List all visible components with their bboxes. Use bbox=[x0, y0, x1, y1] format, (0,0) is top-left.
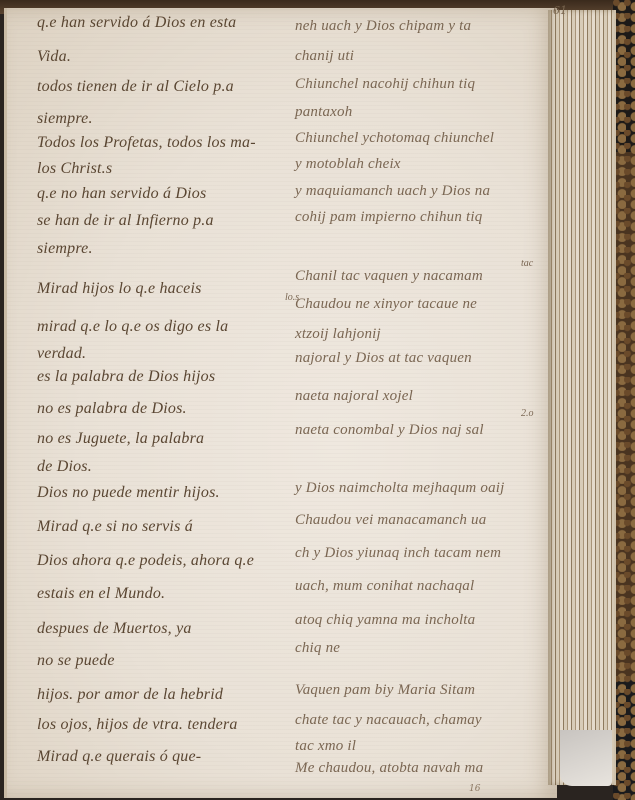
spanish-line: los ojos, hijos de vtra. tendera bbox=[37, 716, 238, 734]
spanish-line: Dios no puede mentir hijos. bbox=[37, 484, 220, 502]
maya-line: najoral y Dios at tac vaquen bbox=[295, 350, 472, 367]
page-corner-fold bbox=[560, 730, 612, 786]
spanish-line: no se puede bbox=[37, 652, 115, 670]
maya-line: Chaudou ne xinyor tacaue ne bbox=[295, 296, 477, 313]
spanish-line: verdad. bbox=[37, 345, 86, 363]
maya-line: tac xmo il bbox=[295, 738, 356, 755]
stacked-page-edges bbox=[548, 10, 616, 785]
folio-number: 61 bbox=[553, 4, 567, 17]
maya-line: chate tac y nacauach, chamay bbox=[295, 712, 482, 729]
maya-line: atoq chiq yamna ma incholta bbox=[295, 612, 475, 629]
spanish-line: los Christ.s bbox=[37, 160, 112, 178]
maya-line: y maquiamanch uach y Dios na bbox=[295, 183, 490, 200]
spanish-line: de Dios. bbox=[37, 458, 92, 476]
spanish-line: estais en el Mundo. bbox=[37, 585, 165, 603]
spanish-line: q.e no han servido á Dios bbox=[37, 185, 206, 203]
spanish-line: no es palabra de Dios. bbox=[37, 400, 187, 418]
interlinear-note: 2.o bbox=[521, 408, 534, 419]
maya-line: Me chaudou, atobta navah ma bbox=[295, 760, 483, 777]
maya-line: uach, mum conihat nachaqal bbox=[295, 578, 474, 595]
spanish-line: despues de Muertos, ya bbox=[37, 620, 192, 638]
spanish-line: siempre. bbox=[37, 240, 93, 258]
maya-line: Chiunchel nacohij chihun tiq bbox=[295, 76, 475, 93]
maya-line: y motoblah cheix bbox=[295, 156, 401, 173]
maya-line: Vaquen pam biy Maria Sitam bbox=[295, 682, 475, 699]
spanish-line: Mirad q.e querais ó que- bbox=[37, 748, 201, 766]
spanish-line: es la palabra de Dios hijos bbox=[37, 368, 215, 386]
maya-line: xtzoij lahjonij bbox=[295, 326, 381, 343]
maya-line: y Dios naimcholta mejhaqum oaij bbox=[295, 480, 505, 497]
maya-line: chiq ne bbox=[295, 640, 340, 657]
spanish-line: no es Juguete, la palabra bbox=[37, 430, 204, 448]
maya-line: neh uach y Dios chipam y ta bbox=[295, 18, 471, 35]
maya-line: cohij pam impierno chihun tiq bbox=[295, 209, 482, 226]
interlinear-note: tac bbox=[521, 258, 533, 269]
maya-line: naeta najoral xojel bbox=[295, 388, 413, 405]
spanish-line: Mirad q.e si no servis á bbox=[37, 518, 193, 536]
spanish-line: se han de ir al Infierno p.a bbox=[37, 212, 214, 230]
spanish-line: Vida. bbox=[37, 48, 71, 66]
book-cover-marbled-edge bbox=[613, 0, 635, 800]
maya-line: Chanil tac vaquen y nacamam bbox=[295, 268, 483, 285]
maya-line: pantaxoh bbox=[295, 104, 352, 121]
maya-line: chanij uti bbox=[295, 48, 354, 65]
spanish-line: siempre. bbox=[37, 110, 93, 128]
spanish-line: hijos. por amor de la hebrid bbox=[37, 686, 223, 704]
maya-line: naeta conombal y Dios naj sal bbox=[295, 422, 484, 439]
spanish-line: mirad q.e lo q.e os digo es la bbox=[37, 318, 228, 336]
spanish-line: Dios ahora q.e podeis, ahora q.e bbox=[37, 552, 254, 570]
spanish-line: Todos los Profetas, todos los ma- bbox=[37, 134, 256, 152]
maya-line: Chiunchel ychotomaq chiunchel bbox=[295, 130, 494, 147]
bottom-mark: 16 bbox=[469, 784, 480, 794]
maya-line: Chaudou vei manacamanch ua bbox=[295, 512, 486, 529]
interlinear-note: lo.s bbox=[285, 292, 299, 303]
spanish-line: todos tienen de ir al Cielo p.a bbox=[37, 78, 234, 96]
spanish-line: Mirad hijos lo q.e haceis bbox=[37, 280, 202, 298]
maya-line: ch y Dios yiunaq inch tacam nem bbox=[295, 545, 501, 562]
spanish-line: q.e han servido á Dios en esta bbox=[37, 14, 236, 32]
manuscript-page: q.e han servido á Dios en estaVida.todos… bbox=[4, 8, 557, 798]
